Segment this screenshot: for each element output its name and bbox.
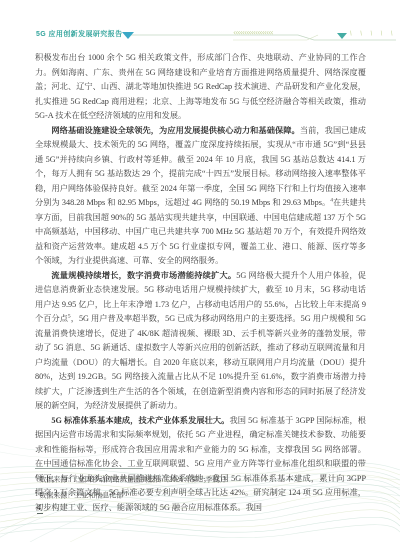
footnote-separator [35,468,143,469]
footnote-text: 数据来源：《全国移动网络质量监测报告（2024 年第一季度）》 [39,475,230,483]
paragraph-continuation: 积极发布出台 1000 余个 5G 相关政策文件，形成部门合作、央地联动、产业协… [35,51,366,124]
paragraph-text: 当前，我国已建成全球规模最大、技术领先的 5G 网络，覆盖广度深度持续拓展，实现… [35,126,366,208]
footnote-item: 5 数据来源：工业和信息化部 [35,487,365,503]
triangle-down-small-icon [337,33,347,39]
paragraph-text: 积极发布出台 1000 余个 5G 相关政策文件，形成部门合作、央地联动、产业协… [35,53,366,120]
paragraph-lead: 流量规模持续增长，数字消费市场潜能持续扩大。 [51,271,236,280]
body-text: 积极发布出台 1000 余个 5G 相关政策文件，形成部门合作、央地联动、产业协… [35,51,366,515]
paragraph-lead: 5G 标准体系基本建成，技术产业体系发展壮大。 [51,416,229,425]
paragraph-text: ，5G 用户普及率超半数，5G 已成为移动网络用户的主要选择。5G 用户规模和 … [35,314,366,410]
chevron-pattern-icon: ‹‹‹‹‹‹‹‹‹‹‹‹‹‹‹‹‹‹ [233,28,313,37]
paragraph-lead: 网络基础设施建设全球领先，为应用发展提供核心动力和基础保障。 [51,126,299,135]
triangle-down-icon [122,32,134,39]
paragraph-text: 在共建共享方面，目前我国超 90%的 5G 基站实现共建共享，中国联通、中国电信… [35,198,366,265]
footnotes: 4 数据来源：《全国移动网络质量监测报告（2024 年第一季度）》 5 数据来源… [35,471,365,503]
page-header: 5G 应用创新发展研究报告 ‹‹‹‹‹‹‹‹‹‹‹‹‹‹‹‹‹‹ \ \ \ \… [0,27,400,43]
slash-pattern-icon: \ \ \ \ \ [348,30,396,37]
page-number: 4 [37,503,43,514]
paragraph-network-infrastructure: 网络基础设施建设全球领先，为应用发展提供核心动力和基础保障。当前，我国已建成全球… [35,124,366,269]
paragraph-traffic-growth: 流量规模持续增长，数字消费市场潜能持续扩大。5G 网络极大提升个人用户体验，促进… [35,269,366,414]
footnote-marker: 5 [35,491,38,496]
footnote-text: 数据来源：工业和信息化部 [39,491,123,499]
document-page: 5G 应用创新发展研究报告 ‹‹‹‹‹‹‹‹‹‹‹‹‹‹‹‹‹‹ \ \ \ \… [0,0,400,542]
footnote-item: 4 数据来源：《全国移动网络质量监测报告（2024 年第一季度）》 [35,471,365,487]
report-title: 5G 应用创新发展研究报告 [36,29,122,39]
footnote-marker: 4 [35,475,38,480]
